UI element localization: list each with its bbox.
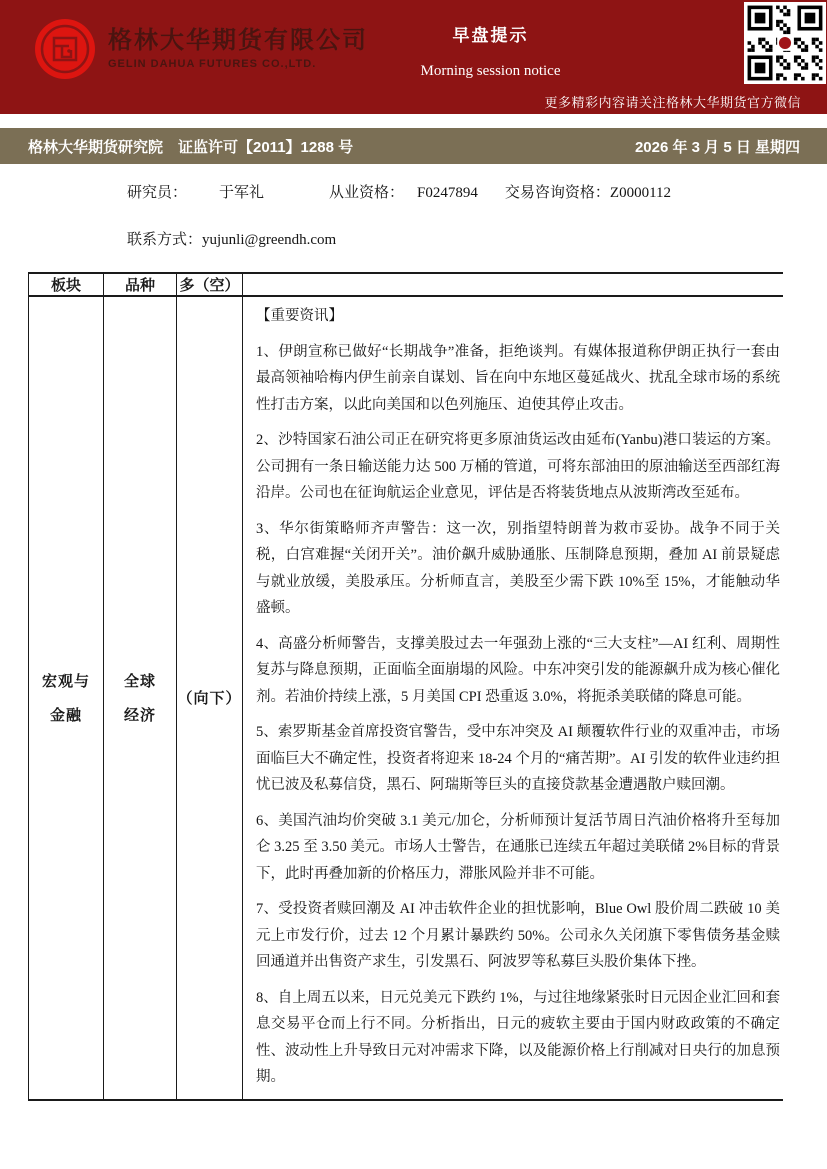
page-title: 早盘提示 bbox=[393, 21, 588, 46]
column-header-sector: 板块 bbox=[28, 274, 103, 295]
notice-table: 板块 品种 多（空） 宏观与 金融 全球 经济 （向下） 【重要资讯】 1、伊朗… bbox=[28, 272, 783, 1101]
page-subtitle: Morning session notice bbox=[393, 63, 588, 80]
document-title-block: 早盘提示 Morning session notice bbox=[393, 21, 588, 80]
column-header-direction: 多（空） bbox=[176, 274, 242, 295]
researcher-line: 研究员：于军礼从业资格：F0247894交易咨询资格：Z0000112 bbox=[127, 181, 671, 202]
researcher-name: 于军礼 bbox=[219, 185, 264, 201]
company-name-cn: 格林大华期货有限公司 bbox=[108, 28, 368, 54]
qualification-label: 从业资格： bbox=[329, 185, 404, 201]
institute-date-bar: 格林大华期货研究院 证监许可【2011】1288 号 2026 年 3 月 5 … bbox=[0, 128, 827, 164]
news-paragraph: 8、自上周五以来，日元兑美元下跌约 1%，与过往地缘紧张时日元因企业汇回和套息交… bbox=[256, 985, 780, 1091]
news-paragraph: 6、美国汽油均价突破 3.1 美元/加仑，分析师预计复活节周日汽油价格将升至每加… bbox=[256, 808, 780, 888]
variety-cell: 全球 经济 bbox=[103, 297, 176, 1099]
sector-text-line1: 宏观与 bbox=[42, 670, 90, 691]
morning-notice-page: { "header": { "company_cn": "格林大华期货有限公司"… bbox=[0, 0, 827, 1169]
qr-code-icon bbox=[744, 2, 826, 84]
column-header-variety: 品种 bbox=[103, 274, 176, 295]
company-logo-icon bbox=[33, 17, 97, 81]
variety-text-line1: 全球 bbox=[124, 670, 156, 691]
contact-email: yujunli@greendh.com bbox=[202, 232, 336, 248]
contact-label: 联系方式： bbox=[127, 232, 202, 248]
table-header-row: 板块 品种 多（空） bbox=[28, 274, 783, 297]
direction-text: （向下） bbox=[177, 687, 241, 708]
news-paragraph: 4、高盛分析师警告，支撑美股过去一年强劲上涨的“三大支柱”—AI 红利、周期性复… bbox=[256, 631, 780, 711]
wechat-qr-code bbox=[744, 2, 826, 84]
company-logo-block: 格林大华期货有限公司 GELIN DAHUA FUTURES CO.,LTD. bbox=[33, 17, 368, 81]
column-header-content bbox=[242, 274, 783, 295]
company-name-en: GELIN DAHUA FUTURES CO.,LTD. bbox=[108, 58, 368, 70]
news-content-cell: 【重要资讯】 1、伊朗宣称已做好“长期战争”准备，拒绝谈判。有媒体报道称伊朗正执… bbox=[242, 297, 783, 1099]
news-paragraph: 1、伊朗宣称已做好“长期战争”准备，拒绝谈判。有媒体报道称伊朗正执行一套由最高领… bbox=[256, 339, 780, 419]
direction-cell: （向下） bbox=[176, 297, 242, 1099]
qualification-number: F0247894 bbox=[417, 185, 478, 201]
top-banner: 格林大华期货有限公司 GELIN DAHUA FUTURES CO.,LTD. … bbox=[0, 0, 827, 114]
researcher-info: 研究员：于军礼从业资格：F0247894交易咨询资格：Z0000112 联系方式… bbox=[127, 181, 671, 249]
news-paragraph: 5、索罗斯基金首席投资官警告，受中东冲突及 AI 颠覆软件行业的双重冲击，市场面… bbox=[256, 719, 780, 799]
wechat-follow-note: 更多精彩内容请关注格林大华期货官方微信 bbox=[544, 92, 801, 111]
news-paragraph: 3、华尔街策略师齐声警告：这一次，别指望特朗普为救市妥协。战争不同于关税，白宫难… bbox=[256, 516, 780, 622]
variety-text-line2: 经济 bbox=[124, 704, 156, 725]
news-paragraph: 7、受投资者赎回潮及 AI 冲击软件企业的担忧影响，Blue Owl 股价周二跌… bbox=[256, 896, 780, 976]
table-row: 宏观与 金融 全球 经济 （向下） 【重要资讯】 1、伊朗宣称已做好“长期战争”… bbox=[28, 297, 783, 1101]
contact-line: 联系方式：yujunli@greendh.com bbox=[127, 228, 671, 249]
sector-text-line2: 金融 bbox=[50, 704, 82, 725]
institute-license-text: 格林大华期货研究院 证监许可【2011】1288 号 bbox=[28, 136, 353, 157]
report-date: 2026 年 3 月 5 日 星期四 bbox=[635, 136, 800, 157]
section-title: 【重要资讯】 bbox=[256, 303, 780, 330]
advisory-label: 交易咨询资格： bbox=[505, 185, 610, 201]
sector-cell: 宏观与 金融 bbox=[28, 297, 103, 1099]
company-names: 格林大华期货有限公司 GELIN DAHUA FUTURES CO.,LTD. bbox=[108, 28, 368, 70]
researcher-label: 研究员： bbox=[127, 185, 187, 201]
news-paragraph: 2、沙特国家石油公司正在研究将更多原油货运改由延布(Yanbu)港口装运的方案。… bbox=[256, 427, 780, 507]
advisory-number: Z0000112 bbox=[610, 185, 671, 201]
